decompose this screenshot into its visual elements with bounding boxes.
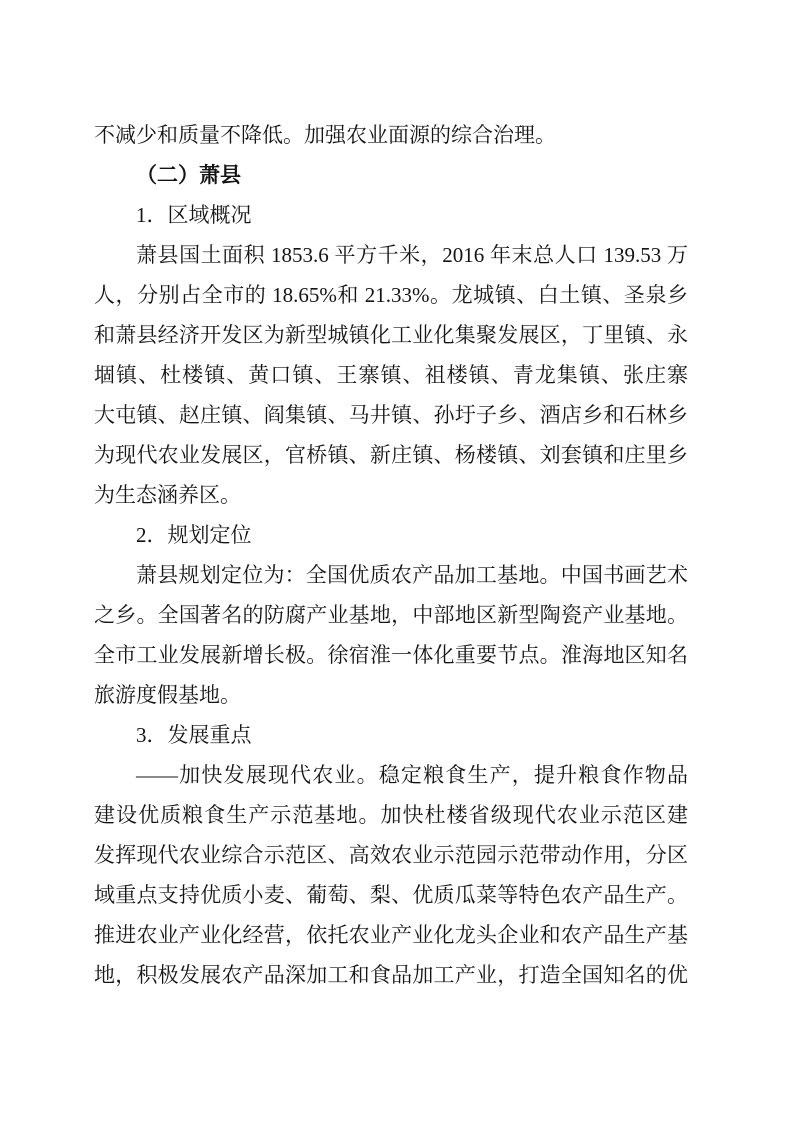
paragraph-line: 建设优质粮食生产示范基地。加快杜楼省级现代农业示范区建设， [94, 795, 688, 835]
paragraph-line: 萧县规划定位为：全国优质农产品加工基地。中国书画艺术 [94, 555, 688, 595]
subsection-heading: 3．发展重点 [94, 715, 688, 755]
paragraph-line: 为现代农业发展区，官桥镇、新庄镇、杨楼镇、刘套镇和庄里乡 [94, 435, 688, 475]
paragraph-line: 域重点支持优质小麦、葡萄、梨、优质瓜菜等特色农产品生产。 [94, 875, 688, 915]
paragraph-line: 旅游度假基地。 [94, 675, 688, 715]
paragraph-line: 为生态涵养区。 [94, 475, 688, 515]
paragraph-line: 堌镇、杜楼镇、黄口镇、王寨镇、祖楼镇、青龙集镇、张庄寨镇、 [94, 355, 688, 395]
paragraph-line: 和萧县经济开发区为新型城镇化工业化集聚发展区，丁里镇、永 [94, 315, 688, 355]
paragraph-line: ——加快发展现代农业。稳定粮食生产，提升粮食作物品质， [94, 755, 688, 795]
paragraph-line: 不减少和质量不降低。加强农业面源的综合治理。 [94, 115, 688, 155]
document-body: 不减少和质量不降低。加强农业面源的综合治理。（二）萧县1．区域概况萧县国土面积 … [94, 115, 688, 995]
paragraph-line: 人，分别占全市的 18.65%和 21.33%。龙城镇、白土镇、圣泉乡 [94, 275, 688, 315]
document-page: 不减少和质量不降低。加强农业面源的综合治理。（二）萧县1．区域概况萧县国土面积 … [0, 0, 793, 1122]
paragraph-line: 推进农业产业化经营，依托农业产业化龙头企业和农产品生产基 [94, 915, 688, 955]
subsection-heading: 2．规划定位 [94, 515, 688, 555]
paragraph-line: 萧县国土面积 1853.6 平方千米，2016 年末总人口 139.53 万 [94, 235, 688, 275]
paragraph-line: 发挥现代农业综合示范区、高效农业示范园示范带动作用，分区 [94, 835, 688, 875]
paragraph-line: 大屯镇、赵庄镇、阎集镇、马井镇、孙圩子乡、酒店乡和石林乡 [94, 395, 688, 435]
paragraph-line: 之乡。全国著名的防腐产业基地，中部地区新型陶瓷产业基地。 [94, 595, 688, 635]
subsection-heading: 1．区域概况 [94, 195, 688, 235]
paragraph-line: 全市工业发展新增长极。徐宿淮一体化重要节点。淮海地区知名 [94, 635, 688, 675]
paragraph-line: 地，积极发展农产品深加工和食品加工产业，打造全国知名的优 [94, 955, 688, 995]
section-heading: （二）萧县 [94, 155, 688, 195]
